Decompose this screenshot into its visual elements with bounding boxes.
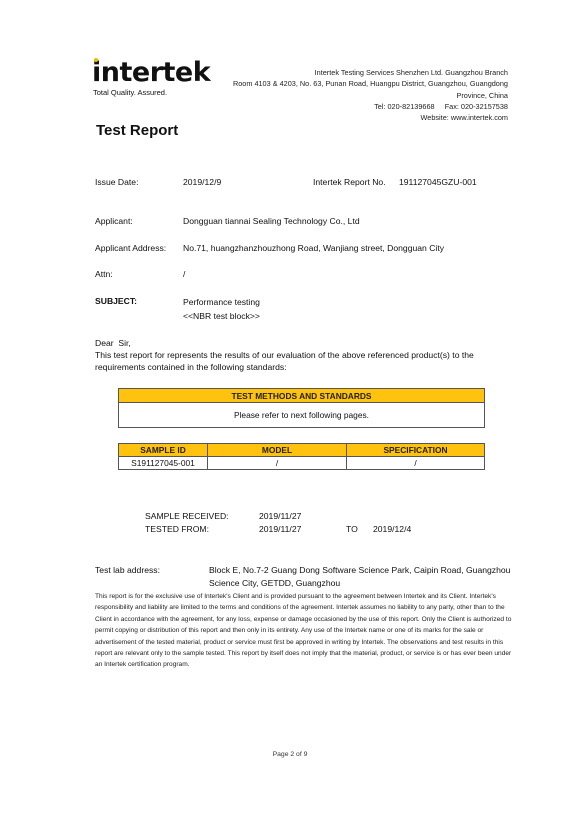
model-cell: /: [208, 457, 347, 470]
company-line: Province, China: [208, 90, 508, 101]
col-model: MODEL: [208, 444, 347, 457]
report-no-value: 191127045GZU-001: [399, 177, 477, 188]
received-value: 2019/11/27: [259, 511, 301, 522]
table-row: S191127045-001 / /: [119, 457, 485, 470]
tested-to-value: 2019/12/4: [373, 524, 411, 535]
company-line: Intertek Testing Services Shenzhen Ltd. …: [208, 67, 508, 78]
col-specification: SPECIFICATION: [347, 444, 485, 457]
lab-label: Test lab address:: [95, 565, 160, 576]
sample-table: SAMPLE ID MODEL SPECIFICATION S191127045…: [118, 443, 485, 470]
report-no-label: Intertek Report No.: [313, 177, 386, 188]
page-number: Page 2 of 9: [0, 751, 580, 758]
to-label: TO: [346, 524, 358, 535]
subject-line1: Performance testing: [183, 297, 260, 308]
logo-tagline: Total Quality. Assured.: [93, 88, 167, 97]
applicant-label: Applicant:: [95, 216, 133, 227]
issue-date-value: 2019/12/9: [183, 177, 221, 188]
attn-label: Attn:: [95, 269, 113, 280]
intro-line1: This test report for represents the resu…: [95, 350, 474, 361]
company-line: Room 4103 & 4203, No. 63, Punan Road, Hu…: [208, 78, 508, 89]
intro-line2: requirements contained in the following …: [95, 362, 287, 373]
company-line: Website: www.intertek.com: [208, 112, 508, 123]
methods-header: TEST METHODS AND STANDARDS: [119, 389, 485, 403]
company-address-block: Intertek Testing Services Shenzhen Ltd. …: [208, 67, 508, 123]
subject-line2: <<NBR test block>>: [183, 311, 260, 322]
subject-label: SUBJECT:: [95, 296, 137, 307]
lab-line2: Science City, GETDD, Guangzhou: [209, 578, 340, 589]
company-line: Tel: 020-82139668 Fax: 020-32157538: [208, 101, 508, 112]
received-label: SAMPLE RECEIVED:: [145, 511, 229, 522]
methods-table: TEST METHODS AND STANDARDS Please refer …: [118, 388, 485, 428]
lab-line1: Block E, No.7-2 Guang Dong Software Scie…: [209, 565, 510, 576]
logo-dot-icon: [94, 58, 98, 62]
methods-body: Please refer to next following pages.: [119, 403, 485, 428]
attn-value: /: [183, 269, 185, 280]
applicant-value: Dongguan tiannai Sealing Technology Co.,…: [183, 216, 360, 227]
tested-label: TESTED FROM:: [145, 524, 209, 535]
col-sample-id: SAMPLE ID: [119, 444, 208, 457]
page-title: Test Report: [96, 122, 178, 139]
salutation: Dear Sir,: [95, 338, 131, 349]
specification-cell: /: [347, 457, 485, 470]
address-label: Applicant Address:: [95, 243, 166, 254]
address-value: No.71, huangzhanzhouzhong Road, Wanjiang…: [183, 243, 444, 254]
disclaimer: This report is for the exclusive use of …: [95, 591, 515, 671]
issue-date-label: Issue Date:: [95, 177, 138, 188]
intertek-logo: intertek: [92, 58, 210, 88]
tested-from-value: 2019/11/27: [259, 524, 301, 535]
sample-id-cell: S191127045-001: [119, 457, 208, 470]
